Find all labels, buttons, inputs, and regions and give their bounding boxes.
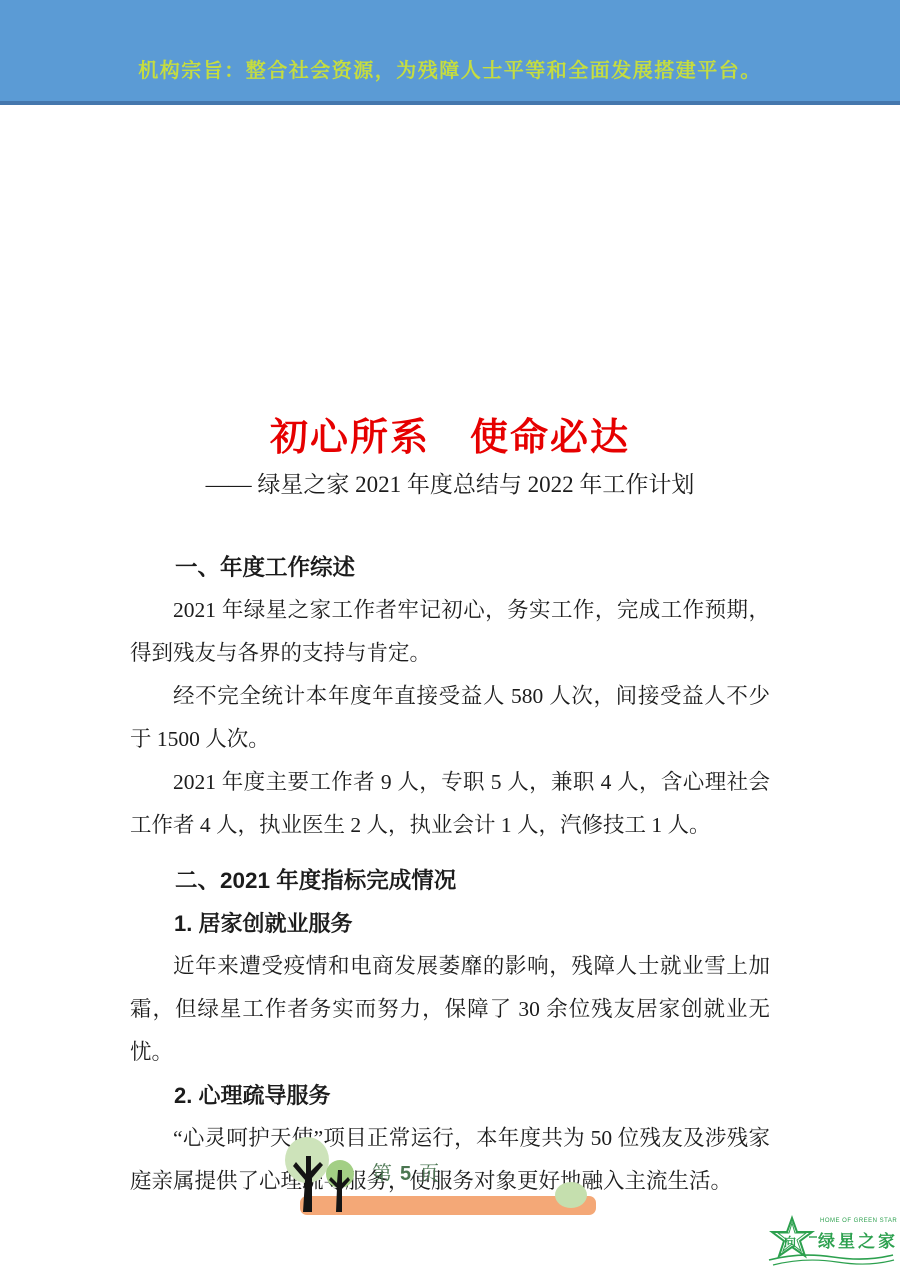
- page-subtitle: —— 绿星之家 2021 年度总结与 2022 年工作计划: [0, 466, 900, 499]
- logo-star-glyph: 向: [784, 1233, 796, 1250]
- subsection2-heading: 2. 心理疏导服务: [130, 1074, 770, 1117]
- page-number: 第5页: [372, 1157, 492, 1186]
- logo-tagline: HOME OF GREEN STAR: [820, 1218, 897, 1224]
- page-number-suffix: 页: [419, 1163, 441, 1185]
- section1-paragraph-3: 2021 年度主要工作者 9 人，专职 5 人，兼职 4 人，含心理社会工作者 …: [130, 761, 770, 847]
- document-page: 机构宗旨：整合社会资源，为残障人士平等和全面发展搭建平台。 初心所系 使命必达 …: [0, 0, 900, 1273]
- section2-heading: 二、2021 年度指标完成情况: [130, 859, 770, 902]
- org-motto: 机构宗旨：整合社会资源，为残障人士平等和全面发展搭建平台。: [138, 54, 762, 101]
- subsection1-paragraph: 近年来遭受疫情和电商发展萎靡的影响，残障人士就业雪上加霜，但绿星工作者务实而努力…: [130, 945, 770, 1074]
- logo-wordmark: 绿星之家: [818, 1227, 898, 1252]
- subsection1-heading: 1. 居家创就业服务: [130, 902, 770, 945]
- section1-paragraph-2: 经不完全统计本年度年直接受益人 580 人次，间接受益人不少于 1500 人次。: [130, 675, 770, 761]
- page-number-prefix: 第: [372, 1163, 394, 1185]
- document-body: 一、年度工作综述 2021 年绿星之家工作者牢记初心，务实工作，完成工作预期，得…: [130, 546, 770, 1203]
- bush-icon: [555, 1182, 587, 1208]
- header-banner: 机构宗旨：整合社会资源，为残障人士平等和全面发展搭建平台。: [0, 0, 900, 105]
- section1-paragraph-1: 2021 年绿星之家工作者牢记初心，务实工作，完成工作预期，得到残友与各界的支持…: [130, 589, 770, 675]
- page-title: 初心所系 使命必达: [0, 406, 900, 461]
- section1-heading: 一、年度工作综述: [130, 546, 770, 589]
- logo: 向 HOME OF GREEN STAR 绿星之家: [765, 1210, 897, 1270]
- page-number-value: 5: [394, 1163, 419, 1185]
- ground-shape: [300, 1196, 596, 1215]
